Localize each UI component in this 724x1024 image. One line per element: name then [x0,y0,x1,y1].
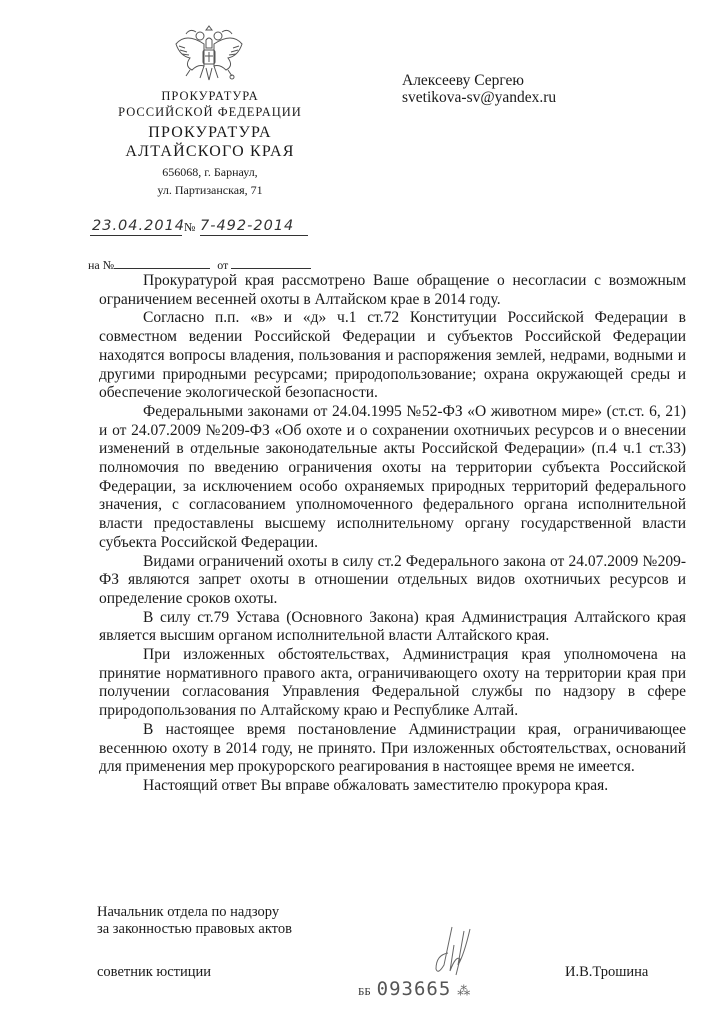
registration-number: 7-492-2014 [200,218,308,236]
emblem-icon [170,22,248,86]
body-paragraph: При изложенных обстоятельствах, Админист… [99,646,686,721]
body-paragraph: В настоящее время постановление Админист… [99,721,686,777]
recipient-block: Алексееву Сергею svetikova-sv@yandex.ru [402,72,556,106]
recipient-email: svetikova-sv@yandex.ru [402,89,556,106]
reference-number-label: на № [88,258,114,272]
reference-from-label: от [217,258,228,272]
org-name-line2: АЛТАЙСКОГО КРАЯ [90,142,330,161]
signature-icon [430,925,480,983]
body-paragraph: Федеральными законами от 24.04.1995 №52-… [99,403,686,553]
body-paragraph: Согласно п.п. «в» и «д» ч.1 ст.72 Консти… [99,309,686,403]
org-address-line1: 656068, г. Барнаул, [90,164,330,180]
body-paragraph: В силу ст.79 Устава (Основного Закона) к… [99,609,686,646]
body-paragraph: Настоящий ответ Вы вправе обжаловать зам… [99,777,686,796]
body-paragraph: Видами ограничений охоты в силу ст.2 Фед… [99,553,686,609]
recipient-name: Алексееву Сергею [402,72,556,89]
registration-number-label: № [184,220,195,235]
signatory-rank: советник юстиции [97,964,211,981]
org-name-line1: ПРОКУРАТУРА [90,123,330,142]
serial-prefix: ББ [358,986,371,998]
letterhead-line2: РОССИЙСКОЙ ФЕДЕРАЦИИ [90,104,330,120]
reference-number-blank [114,258,210,269]
form-serial: ББ093665⁂ [358,978,470,1000]
signatory-position: Начальник отдела по надзору за законност… [97,904,292,938]
body-paragraph: Прокуратурой края рассмотрено Ваше обращ… [99,272,686,309]
serial-mark-icon: ⁂ [457,983,470,998]
reference-date-blank [231,258,311,269]
org-address-line2: ул. Партизанская, 71 [90,182,330,198]
signatory-name: И.В.Трошина [565,964,648,981]
position-line1: Начальник отдела по надзору [97,904,292,921]
letterhead-line1: ПРОКУРАТУРА [90,88,330,104]
position-line2: за законностью правовых актов [97,921,292,938]
serial-number: 093665 [377,978,452,1000]
registration-date: 23.04.2014 [90,218,182,236]
letter-body: Прокуратурой края рассмотрено Ваше обращ… [99,272,686,796]
reference-line: на № от [88,258,311,273]
